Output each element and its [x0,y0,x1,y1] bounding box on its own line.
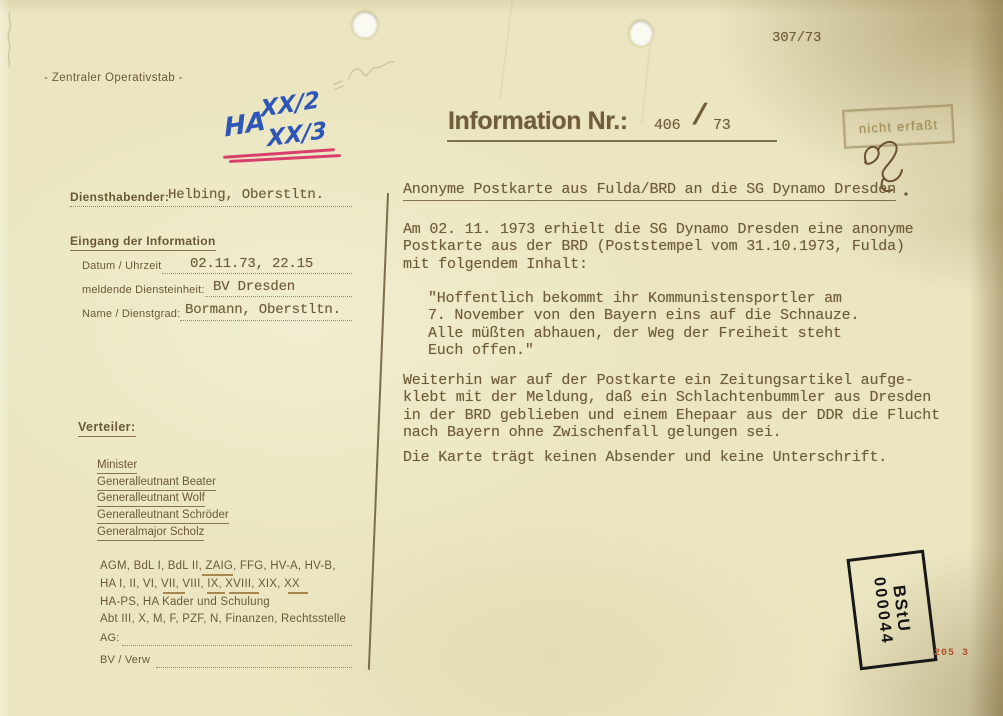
recipient: Minister [97,459,137,474]
field-label-date-time: Datum / Uhrzeit [82,260,161,272]
unit-line: AGM, BdL I, BdL II, ZAIG, FFG, HV-A, HV-… [100,560,336,572]
paper-crease [499,0,513,99]
column-separator-line [368,193,389,670]
field-label-reporting-unit: meldende Diensteinheit: [82,284,205,296]
field-dotted-line [156,652,352,668]
subject-heading: Anonyme Postkarte aus Fulda/BRD an die S… [403,181,896,201]
token-underline [163,592,185,594]
token-underline [202,574,233,576]
distribution-label: Verteiler: [78,420,136,437]
title-slash: / [691,100,709,134]
recipient: Generalmajor Scholz [97,526,204,541]
handwritten-line2: XX/3 [267,118,326,153]
paragraph: Die Karte trägt keinen Absender und kein… [403,449,973,466]
bstu-stamp-text: BStU 000044 [869,574,915,647]
corner-code: 205 3 [934,648,969,659]
bstu-archive-stamp: BStU 000044 [846,550,937,671]
unit-line: HA-PS, HA Kader und Schulung [100,596,270,608]
ag-label: AG: [100,632,120,644]
handwritten-line1: XX/2 [260,87,320,123]
paper-crease [641,44,651,124]
punch-hole [352,11,378,38]
pencil-scribble [328,53,403,97]
pencil-mark [3,10,19,68]
intake-heading: Eingang der Information [70,234,216,251]
duty-officer-label: Diensthabender: [70,190,169,204]
document-title: Information Nr.: [448,107,628,136]
field-value-reporting-unit: BV Dresden [213,279,295,295]
token-underline [229,592,259,594]
title-number: 406 [654,117,680,134]
recipient: Generalleutnant Schröder [97,509,229,524]
not-registered-stamp-text: nicht erfaßt [858,117,938,136]
field-label-name-rank: Name / Dienstgrad: [82,308,180,320]
token-underline [288,592,308,594]
field-value-name-rank: Bormann, Oberstltn. [185,302,341,318]
punch-hole [629,20,653,46]
unit-line: Abt III, X, M, F, PZF, N, Finanzen, Rech… [100,613,346,625]
unit-line: HA I, II, VI, VII, VIII, IX, XVIII, XIX,… [100,578,300,590]
ref-number: 307/73 [772,30,821,46]
field-value-date-time: 02.11.73, 22.15 [190,256,313,272]
field-dotted-line [122,630,352,646]
title-year: 73 [713,117,731,134]
duty-officer-value: Helbing, Oberstltn. [168,187,324,203]
token-underline [207,592,225,594]
bv-label: BV / Verw [100,654,150,666]
paragraph: Weiterhin war auf der Postkarte ein Zeit… [403,372,973,441]
title-underline [447,140,777,142]
recipient: Generalleutnant Wolf [97,492,205,507]
org-line: - Zentraler Operativstab - [44,72,183,84]
recipient: Generalleutnant Beater [97,476,216,491]
quoted-postcard-text: "Hoffentlich bekommt ihr Kommunistenspor… [428,290,973,359]
paragraph: Am 02. 11. 1973 erhielt die SG Dynamo Dr… [403,221,973,273]
scanned-document-page: - Zentraler Operativstab - HA XX/2 XX/3 … [0,0,1003,716]
